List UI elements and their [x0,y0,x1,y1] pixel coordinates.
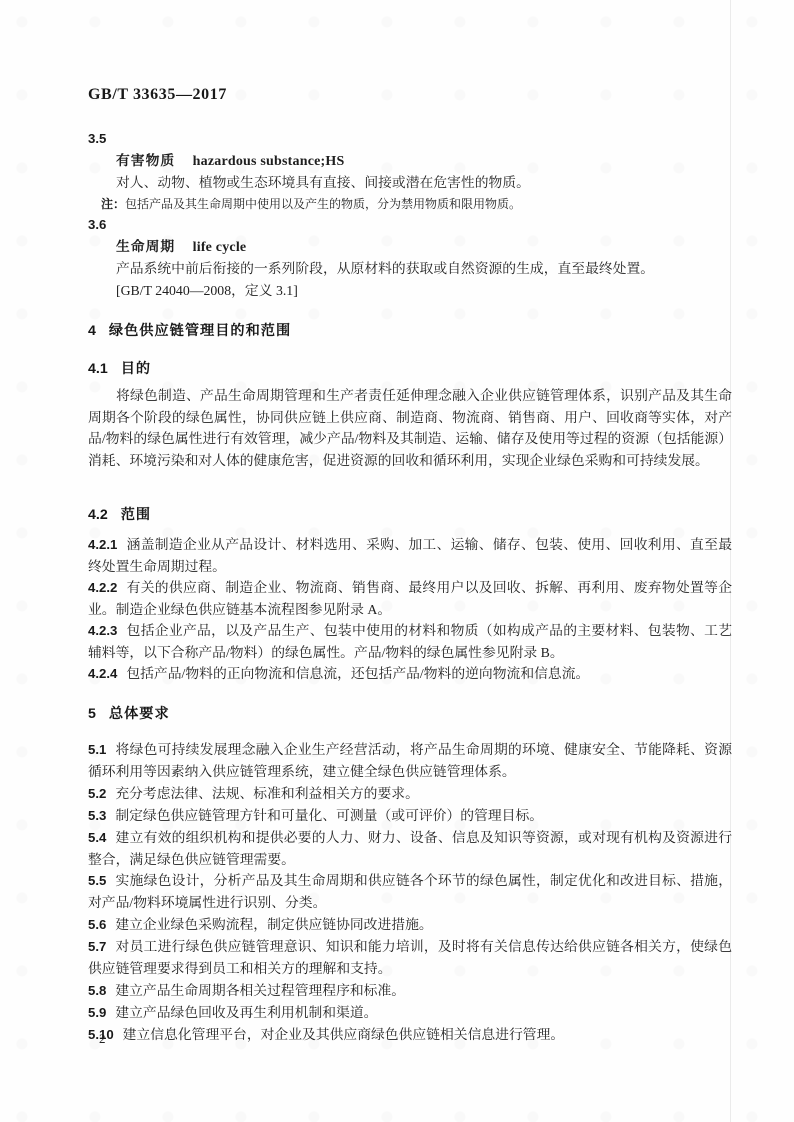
clause-4-2-3: 4.2.3包括企业产品，以及产品生产、包装中使用的材料和物质（如构成产品的主要材… [88,620,732,663]
clause-text: 对员工进行绿色供应链管理意识、知识和能力培训，及时将有关信息传达给供应链各相关方… [88,939,732,976]
clause-text: 建立有效的组织机构和提供必要的人力、财力、设备、信息及知识等资源，或对现有机构及… [88,830,732,867]
page-number: 2 [99,1031,106,1047]
clause-5-3: 5.3制定绿色供应链管理方针和可量化、可测量（或可评价）的管理目标。 [88,805,732,827]
clause-number: 5.8 [88,983,106,998]
term-number: 3.6 [88,214,732,236]
clause-number: 5.1 [88,742,106,757]
clause-5-6: 5.6建立企业绿色采购流程，制定供应链协同改进措施。 [88,914,732,936]
clause-number: 4.2.1 [88,537,117,552]
term-definition: 对人、动物、植物或生态环境具有直接、间接或潜在危害性的物质。 [88,172,732,194]
clause-text: 充分考虑法律、法规、标准和利益相关方的要求。 [115,786,419,801]
clause-5-8: 5.8建立产品生命周期各相关过程管理程序和标准。 [88,980,732,1002]
term-number: 3.5 [88,128,732,150]
section-number: 4.2 [88,507,108,523]
term-block-3-5: 3.5 有害物质 hazardous substance;HS 对人、动物、植物… [88,128,732,215]
standard-number-header: GB/T 33635—2017 [88,86,227,104]
clause-text: 建立企业绿色采购流程，制定供应链协同改进措施。 [115,917,432,932]
section-5-clauses: 5.1将绿色可持续发展理念融入企业生产经营活动，将产品生命周期的环境、健康安全、… [88,739,732,1046]
term-chinese: 生命周期 [116,239,175,254]
section-4-2-heading: 4.2范围 [88,504,151,524]
term-block-3-6: 3.6 生命周期 life cycle 产品系统中前后衔接的一系列阶段，从原材料… [88,214,732,301]
clause-5-10: 5.10建立信息化管理平台，对企业及其供应商绿色供应链相关信息进行管理。 [88,1024,732,1046]
clause-number: 5.7 [88,939,106,954]
section-4-1-paragraph: 将绿色制造、产品生命周期管理和生产者责任延伸理念融入企业供应链管理体系，识别产品… [88,385,732,471]
term-source-reference: [GB/T 24040—2008，定义 3.1] [88,280,732,302]
term-chinese: 有害物质 [116,153,175,168]
section-title: 总体要求 [109,706,170,722]
section-4-heading: 4绿色供应链管理目的和范围 [88,320,291,340]
clause-5-9: 5.9建立产品绿色回收及再生利用机制和渠道。 [88,1002,732,1024]
section-title: 范围 [121,507,151,523]
clause-4-2-2: 4.2.2有关的供应商、制造企业、物流商、销售商、最终用户以及回收、拆解、再利用… [88,577,732,620]
clause-number: 5.6 [88,917,106,932]
section-5-heading: 5总体要求 [88,703,170,723]
clause-text: 有关的供应商、制造企业、物流商、销售商、最终用户以及回收、拆解、再利用、废弃物处… [88,580,732,617]
term-english: hazardous substance;HS [193,154,345,169]
clause-text: 建立产品生命周期各相关过程管理程序和标准。 [115,983,405,998]
section-number: 4.1 [88,361,108,377]
term-title-line: 生命周期 life cycle [88,236,732,259]
clause-text: 建立信息化管理平台，对企业及其供应商绿色供应链相关信息进行管理。 [123,1027,565,1042]
clause-text: 制定绿色供应链管理方针和可量化、可测量（或可评价）的管理目标。 [115,808,543,823]
clause-text: 实施绿色设计，分析产品及其生命周期和供应链各个环节的绿色属性，制定优化和改进目标… [88,873,732,910]
note-label: 注： [101,197,125,211]
clause-text: 将绿色可持续发展理念融入企业生产经营活动，将产品生命周期的环境、健康安全、节能降… [88,742,732,779]
term-english: life cycle [193,240,247,255]
term-note: 注：包括产品及其生命周期中使用以及产生的物质，分为禁用物质和限用物质。 [88,194,732,216]
term-definition: 产品系统中前后衔接的一系列阶段，从原材料的获取或自然资源的生成，直至最终处置。 [88,258,732,280]
section-4-1-heading: 4.1目的 [88,358,151,378]
clause-number: 5.3 [88,808,106,823]
clause-number: 5.9 [88,1005,106,1020]
clause-number: 4.2.3 [88,623,117,638]
section-number: 4 [88,323,96,339]
clause-number: 5.5 [88,873,106,888]
clause-4-2-1: 4.2.1涵盖制造企业从产品设计、材料选用、采购、加工、运输、储存、包装、使用、… [88,534,732,577]
clause-5-5: 5.5实施绿色设计，分析产品及其生命周期和供应链各个环节的绿色属性，制定优化和改… [88,870,732,914]
clause-number: 5.2 [88,786,106,801]
clause-number: 4.2.4 [88,666,117,681]
section-4-2-clauses: 4.2.1涵盖制造企业从产品设计、材料选用、采购、加工、运输、储存、包装、使用、… [88,534,732,685]
clause-text: 建立产品绿色回收及再生利用机制和渠道。 [115,1005,377,1020]
section-number: 5 [88,706,96,722]
clause-5-7: 5.7对员工进行绿色供应链管理意识、知识和能力培训，及时将有关信息传达给供应链各… [88,936,732,980]
clause-number: 5.4 [88,830,106,845]
clause-5-4: 5.4建立有效的组织机构和提供必要的人力、财力、设备、信息及知识等资源，或对现有… [88,827,732,871]
section-title: 目的 [121,361,151,377]
clause-text: 包括企业产品，以及产品生产、包装中使用的材料和物质（如构成产品的主要材料、包装物… [88,623,732,660]
clause-4-2-4: 4.2.4包括产品/物料的正向物流和信息流，还包括产品/物料的逆向物流和信息流。 [88,663,732,685]
term-title-line: 有害物质 hazardous substance;HS [88,150,732,173]
clause-number: 4.2.2 [88,580,117,595]
clause-5-2: 5.2充分考虑法律、法规、标准和利益相关方的要求。 [88,783,732,805]
clause-5-1: 5.1将绿色可持续发展理念融入企业生产经营活动，将产品生命周期的环境、健康安全、… [88,739,732,783]
clause-text: 包括产品/物料的正向物流和信息流，还包括产品/物料的逆向物流和信息流。 [126,666,589,681]
section-title: 绿色供应链管理目的和范围 [109,323,291,339]
note-text: 包括产品及其生命周期中使用以及产生的物质，分为禁用物质和限用物质。 [125,197,521,211]
document-page: GB/T 33635—2017 3.5 有害物质 hazardous subst… [0,0,794,1122]
clause-text: 涵盖制造企业从产品设计、材料选用、采购、加工、运输、储存、包装、使用、回收利用、… [88,537,732,574]
